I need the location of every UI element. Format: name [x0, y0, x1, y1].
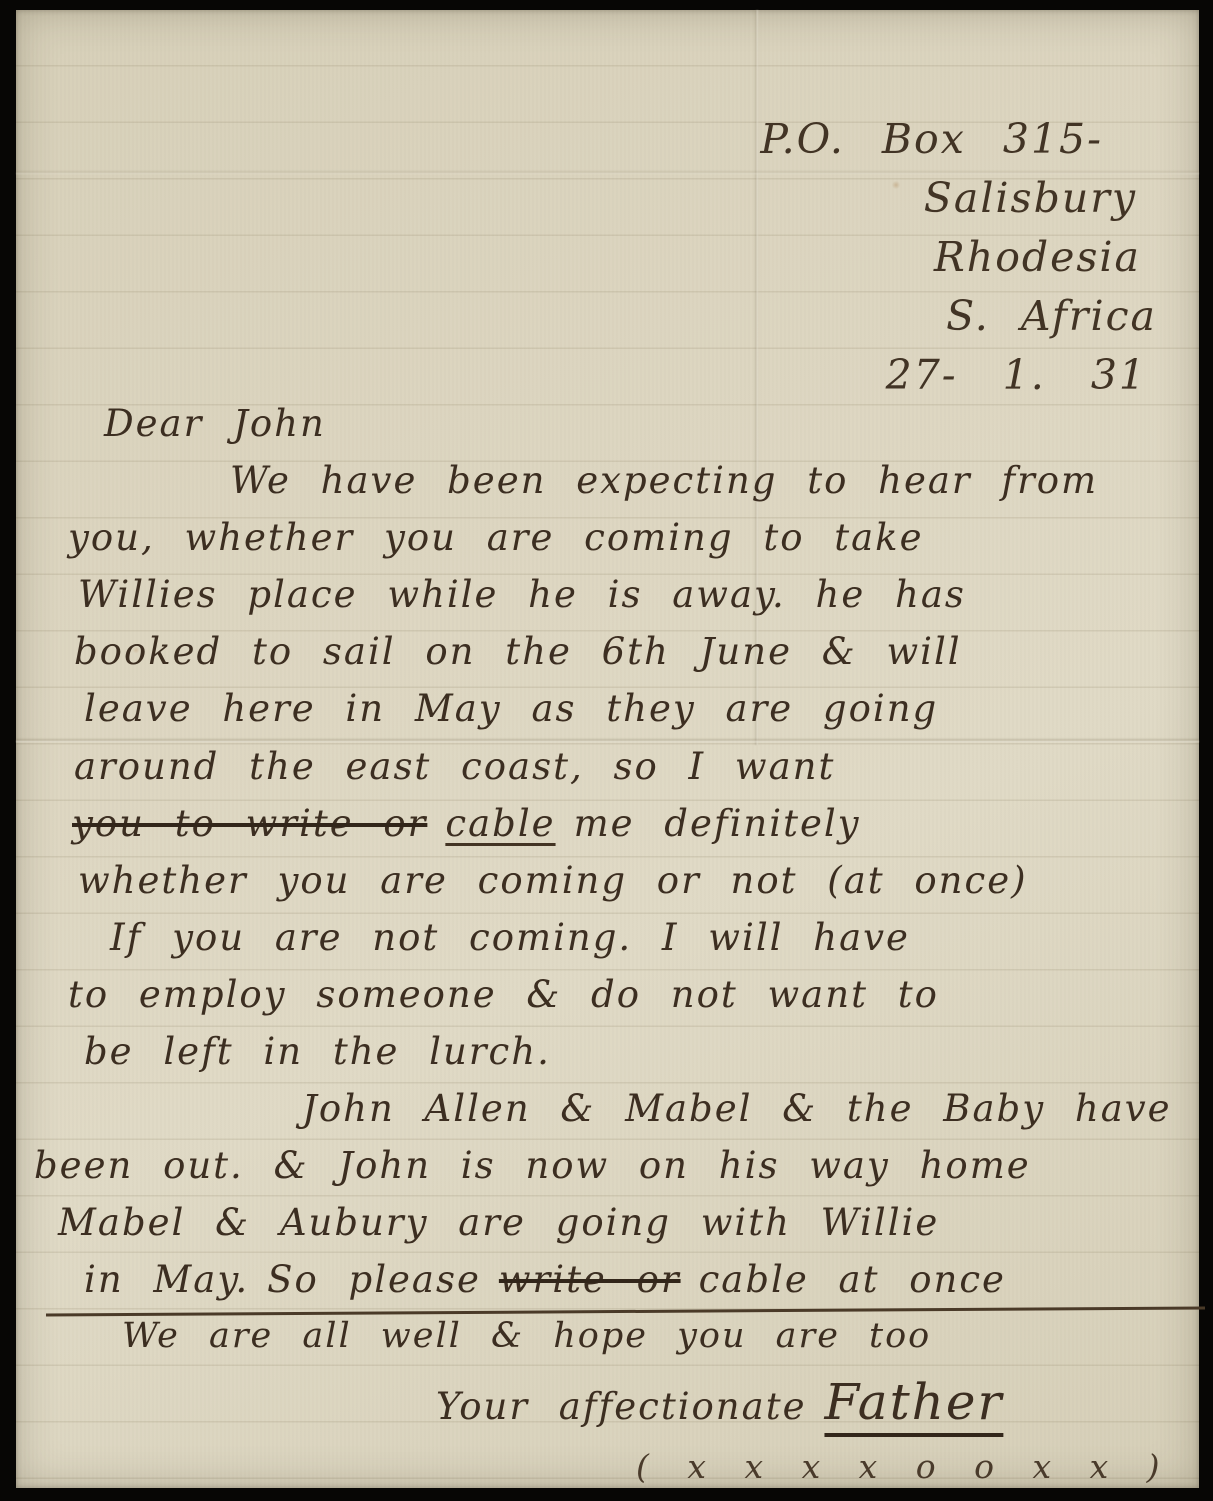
- text-segment: around the east coast, so I want: [74, 745, 835, 788]
- letter-line: Dear John: [16, 402, 1199, 459]
- letter-line: John Allen & Mabel & the Baby have: [16, 1087, 1199, 1144]
- letter-line: Willies place while he is away. he has: [16, 573, 1199, 630]
- header-country: Rhodesia: [16, 228, 1199, 287]
- text-segment: to employ someone & do not want to: [68, 973, 939, 1016]
- text-segment: We are all well & hope you are too: [122, 1316, 931, 1356]
- letter-line: booked to sail on the 6th June & will: [16, 630, 1199, 687]
- text-segment: cable: [445, 802, 555, 845]
- letter-line: ( x x x x o o x x ): [16, 1447, 1199, 1501]
- text-segment: cable at once: [699, 1258, 1006, 1301]
- text-segment: So please: [267, 1258, 481, 1301]
- letter-line: We are all well & hope you are too: [16, 1316, 1199, 1373]
- text-segment: ( x x x x o o x x ): [636, 1447, 1166, 1486]
- header-date: 27- 1. 31: [16, 346, 1199, 405]
- letter-paper: P.O. Box 315- Salisbury Rhodesia S. Afri…: [16, 10, 1199, 1488]
- letter-line: leave here in May as they are going: [16, 687, 1199, 744]
- header-city: Salisbury: [16, 169, 1199, 228]
- text-segment: John Allen & Mabel & the Baby have: [302, 1087, 1172, 1130]
- text-segment: leave here in May as they are going: [84, 687, 938, 730]
- text-segment: Mabel & Aubury are going with Willie: [58, 1201, 939, 1244]
- text-segment: If you are not coming. I will have: [110, 916, 910, 959]
- text-segment: whether you are coming or not (at once): [78, 859, 1028, 902]
- letter-line: around the east coast, so I want: [16, 745, 1199, 802]
- text-segment: Dear John: [104, 402, 326, 445]
- letter-header: P.O. Box 315- Salisbury Rhodesia S. Afri…: [16, 110, 1199, 405]
- text-segment: Your affectionate: [436, 1385, 806, 1428]
- text-segment: Willies place while he is away. he has: [78, 573, 966, 616]
- letter-line: in May.So pleasewrite orcable at once: [16, 1258, 1199, 1315]
- text-segment: be left in the lurch.: [84, 1030, 551, 1073]
- letter-line: Your affectionateFather: [16, 1373, 1199, 1447]
- scan-background: { "letter": { "header": { "lines": ["P.O…: [0, 0, 1213, 1501]
- letter-line: Mabel & Aubury are going with Willie: [16, 1201, 1199, 1258]
- letter-line: you to write orcableme definitely: [16, 802, 1199, 859]
- letter-line: you, whether you are coming to take: [16, 516, 1199, 573]
- text-segment: you, whether you are coming to take: [68, 516, 924, 559]
- text-segment: been out. & John is now on his way home: [34, 1144, 1031, 1187]
- text-segment: in May.: [84, 1258, 249, 1301]
- header-po-box: P.O. Box 315-: [16, 110, 1199, 169]
- struck-text: write or: [499, 1258, 681, 1301]
- letter-line: whether you are coming or not (at once): [16, 859, 1199, 916]
- letter-line: We have been expecting to hear from: [16, 459, 1199, 516]
- text-segment: booked to sail on the 6th June & will: [74, 630, 962, 673]
- letter-line: If you are not coming. I will have: [16, 916, 1199, 973]
- letter-line: been out. & John is now on his way home: [16, 1144, 1199, 1201]
- letter-line: to employ someone & do not want to: [16, 973, 1199, 1030]
- struck-text: you to write or: [72, 802, 427, 845]
- letter-line: be left in the lurch.: [16, 1030, 1199, 1087]
- text-segment: We have been expecting to hear from: [230, 459, 1098, 502]
- text-segment: me definitely: [574, 802, 861, 845]
- signature-text: Father: [824, 1373, 1003, 1431]
- letter-body: Dear JohnWe have been expecting to hear …: [16, 402, 1199, 1501]
- header-region: S. Africa: [16, 287, 1199, 346]
